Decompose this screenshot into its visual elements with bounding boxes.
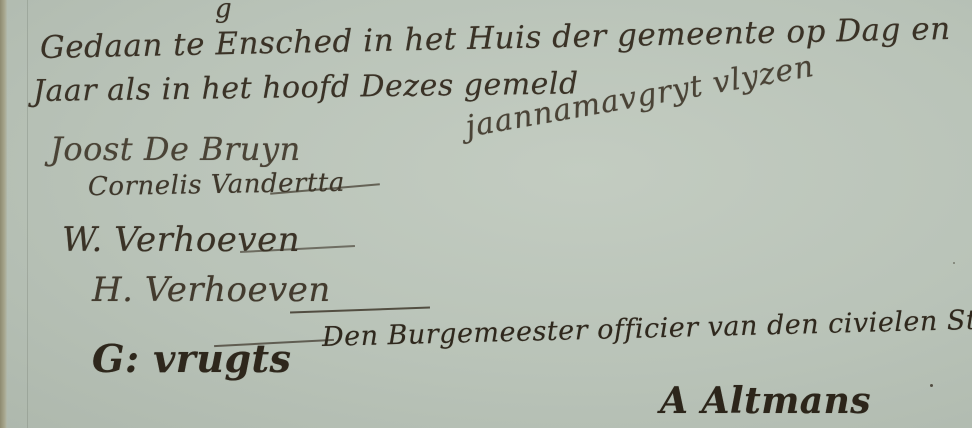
body-line-2: Jaar als in het hoofd Dezes gemeld xyxy=(33,66,579,109)
binding-edge xyxy=(0,0,7,428)
body-line-1: Gedaan te Ensched in het Huis der gemeen… xyxy=(40,11,951,66)
signature-altmans: A Altmans xyxy=(660,380,871,422)
signature-cornelis: Cornelis Vandertta xyxy=(88,168,345,202)
signature-joost-de-bruyn: Joost De Bruyn xyxy=(50,130,301,168)
ink-speck xyxy=(953,262,955,264)
document-page: g Gedaan te Ensched in het Huis der geme… xyxy=(0,0,972,428)
signature-h-verhoeven: H. Verhoeven xyxy=(92,270,331,310)
signature-w-verhoeven: W. Verhoeven xyxy=(62,220,300,260)
margin-rule xyxy=(27,0,28,428)
ink-speck xyxy=(930,384,933,387)
official-title-text: Den Burgemeester officier van den civiel… xyxy=(322,304,972,353)
top-fragment-text: g xyxy=(215,0,232,24)
